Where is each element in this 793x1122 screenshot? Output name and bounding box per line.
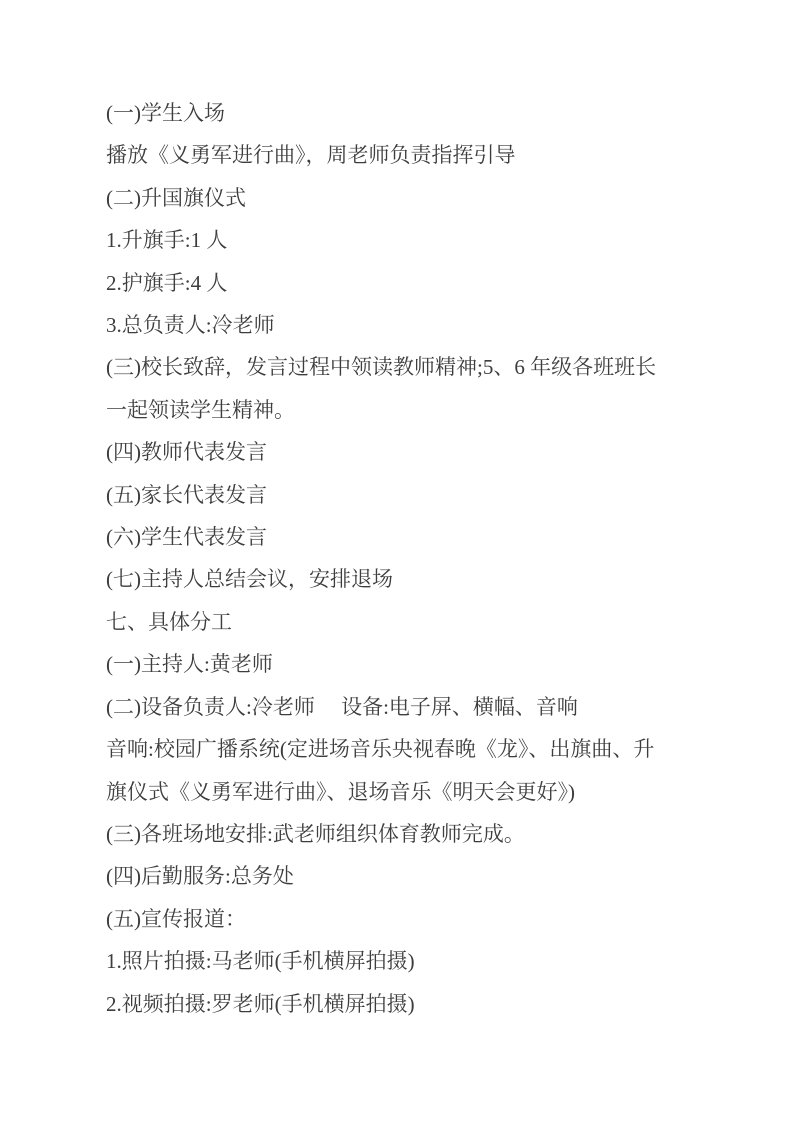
doc-line: 一起领读学生精神。 (106, 389, 705, 431)
doc-line: (四)后勤服务:总务处 (106, 855, 705, 897)
doc-line: (二)设备负责人:冷老师 设备:电子屏、横幅、音响 (106, 686, 705, 728)
doc-line: (一)学生入场 (106, 92, 705, 134)
doc-line: (一)主持人:黄老师 (106, 643, 705, 685)
doc-line: 3.总负责人:冷老师 (106, 304, 705, 346)
doc-line: 1.照片拍摄:马老师(手机横屏拍摄) (106, 940, 705, 982)
doc-line: (七)主持人总结会议，安排退场 (106, 558, 705, 600)
doc-line: 2.视频拍摄:罗老师(手机横屏拍摄) (106, 983, 705, 1025)
doc-line: (五)家长代表发言 (106, 474, 705, 516)
doc-line: 七、具体分工 (106, 601, 705, 643)
doc-line: 播放《义勇军进行曲》，周老师负责指挥引导 (106, 134, 705, 176)
document-body: (一)学生入场播放《义勇军进行曲》，周老师负责指挥引导(二)升国旗仪式1.升旗手… (106, 92, 705, 1025)
doc-line: (五)宣传报道： (106, 898, 705, 940)
document-page: (一)学生入场播放《义勇军进行曲》，周老师负责指挥引导(二)升国旗仪式1.升旗手… (0, 0, 793, 1122)
doc-line: 2.护旗手:4 人 (106, 262, 705, 304)
doc-line: (六)学生代表发言 (106, 516, 705, 558)
doc-line: 旗仪式《义勇军进行曲》、退场音乐《明天会更好》) (106, 771, 705, 813)
doc-line: (三)各班场地安排:武老师组织体育教师完成。 (106, 813, 705, 855)
doc-line: (四)教师代表发言 (106, 431, 705, 473)
doc-line: (三)校长致辞，发言过程中领读教师精神;5、6 年级各班班长 (106, 346, 705, 388)
doc-line: (二)升国旗仪式 (106, 177, 705, 219)
doc-line: 音响:校园广播系统(定进场音乐央视春晚《龙》、出旗曲、升 (106, 728, 705, 770)
doc-line: 1.升旗手:1 人 (106, 219, 705, 261)
